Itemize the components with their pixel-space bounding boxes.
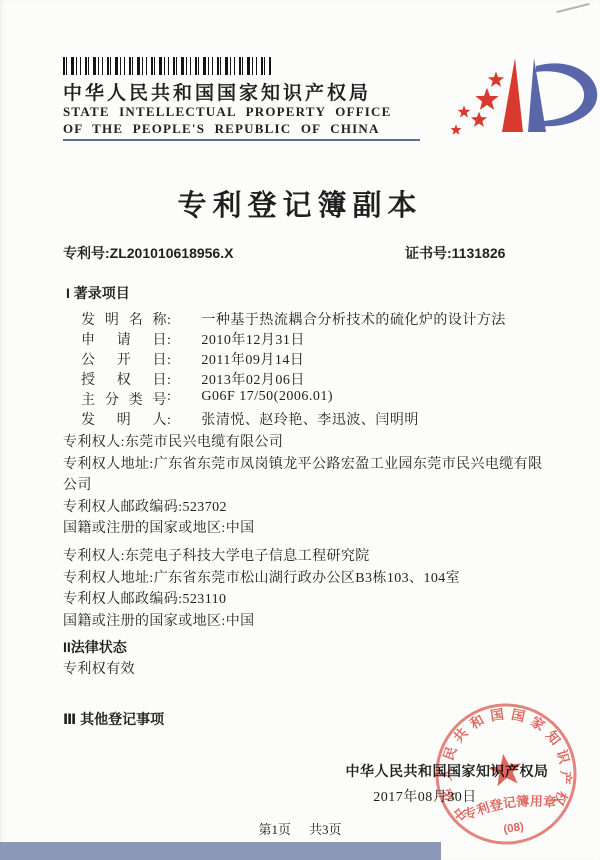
field-main-class: 主分类号:G06F 17/50(2006.01): [81, 389, 333, 409]
field-filing-date: 申请日:2010年12月31日: [81, 329, 305, 349]
field-value: 一种基于热流耦合分析技术的硫化炉的设计方法: [201, 313, 506, 328]
patentee-zip-label: 专利权人邮政编码:: [63, 592, 183, 607]
field-value: 张清悦、赵玲艳、李迅波、闫明明: [201, 413, 419, 428]
patentee-zip-label: 专利权人邮政编码:: [63, 500, 183, 515]
seal-code: (08): [503, 821, 525, 836]
field-publication-date: 公开日:2011年09月14日: [81, 349, 304, 369]
seal-star-icon: [487, 752, 524, 788]
colon: :: [167, 373, 171, 388]
colon: :: [167, 413, 171, 428]
patentee-block-2: 专利权人:东莞电子科技大学电子信息工程研究院 专利权人地址:广东省东莞市松山湖行…: [63, 546, 545, 632]
field-invention-title: 发明名称:一种基于热流耦合分析技术的硫化炉的设计方法: [81, 309, 506, 329]
patentee-name-line: 专利权人:东莞市民兴电缆有限公司: [63, 432, 545, 454]
patentee-address-label: 专利权人地址:: [63, 457, 154, 472]
field-inventors: 发明人:张清悦、赵玲艳、李迅波、闫明明: [81, 409, 419, 429]
field-value: 2010年12月31日: [201, 333, 305, 348]
field-value: 2011年09月14日: [201, 353, 304, 368]
patentee-zip-value: 523702: [183, 500, 227, 515]
patentee-zip-line: 专利权人邮政编码:523702: [63, 497, 545, 519]
patentee-block-1: 专利权人:东莞市民兴电缆有限公司 专利权人地址:广东省东莞市凤岗镇龙平公路宏盈工…: [63, 432, 545, 540]
patentee-name-line: 专利权人:东莞电子科技大学电子信息工程研究院: [63, 546, 545, 568]
scan-scratch-mark: [556, 3, 589, 13]
section-legal-heading: II法律状态: [63, 637, 127, 657]
section-other-heading: Ⅲ 其他登记事项: [63, 709, 164, 729]
patentee-zip-value: 523110: [183, 592, 227, 607]
field-label: 申请日: [81, 329, 167, 349]
patentee-address-line: 专利权人地址:广东省东莞市凤岗镇龙平公路宏盈工业园东莞市民兴电缆有限公司: [63, 454, 545, 497]
section-biblio-heading: I 著录项目: [66, 283, 130, 303]
patentee-nationality-value: 中国: [226, 521, 255, 536]
field-label: 发明人: [81, 409, 167, 429]
sipo-logo-icon: [448, 28, 600, 158]
field-value: G06F 17/50(2006.01): [201, 389, 333, 404]
header-office-en-line1: STATE INTELLECTUAL PROPERTY OFFICE: [63, 104, 392, 120]
official-seal: 中华人民共和国国家知识产权局 专利登记簿用章 (08): [420, 688, 592, 860]
patentee-zip-line: 专利权人邮政编码:523110: [63, 589, 545, 611]
seal-type-text: 专利登记簿用章: [461, 789, 559, 824]
patentee-nationality-value: 中国: [226, 614, 255, 629]
header-divider: [63, 139, 420, 141]
field-value: 2013年02月06日: [201, 373, 305, 388]
field-label: 公开日: [81, 349, 167, 369]
patent-number-label: 专利号:: [63, 245, 110, 261]
patentee-name-label: 专利权人:: [63, 435, 125, 450]
colon: :: [167, 333, 171, 348]
document-title: 专利登记簿副本: [0, 183, 600, 224]
patentee-address-value: 广东省东莞市松山湖行政办公区B3栋103、104室: [154, 571, 460, 586]
certificate-number-row: 证书号:1131826: [405, 243, 505, 263]
logo-red-spike: [502, 58, 523, 132]
patentee-nationality-line: 国籍或注册的国家或地区:中国: [63, 518, 545, 540]
patentee-nationality-label: 国籍或注册的国家或地区:: [63, 521, 226, 536]
patent-number-value: ZL201010618956.X: [110, 245, 234, 261]
barcode: [63, 57, 271, 75]
footer-page-number: 第1页: [258, 822, 291, 837]
patentee-name-value: 东莞电子科技大学电子信息工程研究院: [125, 549, 370, 564]
field-grant-date: 授权日:2013年02月06日: [81, 369, 305, 389]
patentee-address-label: 专利权人地址:: [63, 571, 154, 586]
field-label: 主分类号: [81, 389, 167, 409]
patentee-nationality-label: 国籍或注册的国家或地区:: [63, 614, 226, 629]
certificate-number-value: 1131826: [452, 245, 506, 261]
patentee-nationality-line: 国籍或注册的国家或地区:中国: [63, 611, 545, 633]
field-label: 发明名称: [81, 309, 167, 329]
field-label: 授权日: [81, 369, 167, 389]
legal-status-value: 专利权有效: [63, 658, 135, 678]
scanner-edge-band: [0, 842, 441, 860]
header-office-cn: 中华人民共和国国家知识产权局: [63, 78, 371, 105]
colon: :: [167, 389, 171, 404]
header-office-en-line2: OF THE PEOPLE'S REPUBLIC OF CHINA: [63, 121, 380, 137]
patentee-address-line: 专利权人地址:广东省东莞市松山湖行政办公区B3栋103、104室: [63, 568, 545, 590]
footer-total-pages: 共3页: [309, 822, 342, 837]
certificate-number-label: 证书号:: [405, 245, 452, 261]
patent-number-row: 专利号:ZL201010618956.X: [63, 243, 233, 263]
patentee-name-value: 东莞市民兴电缆有限公司: [125, 435, 283, 450]
colon: :: [167, 313, 171, 328]
page-footer: 第1页共3页: [200, 819, 400, 838]
patentee-name-label: 专利权人:: [63, 549, 125, 564]
colon: :: [167, 353, 171, 368]
svg-text:专利登记簿用章: 专利登记簿用章: [461, 789, 559, 824]
patent-register-document: 中华人民共和国国家知识产权局 STATE INTELLECTUAL PROPER…: [0, 0, 600, 860]
